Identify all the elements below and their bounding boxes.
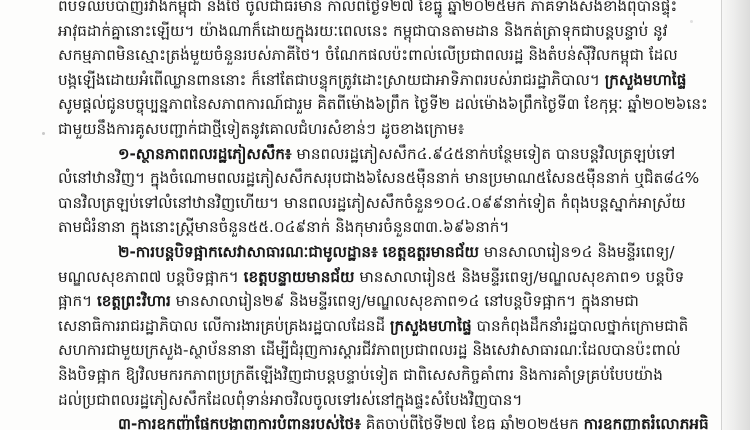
text-line: លំនៅឋានវិញ។ ក្នុងចំណោមពលរដ្ឋភៀសសឹកសរុបជា… xyxy=(58,166,708,191)
text-line: ដល់ប្រជាពលរដ្ឋភៀសសឹកដែលពុំទាន់អាចវិលចូលទ… xyxy=(58,388,708,413)
text-span: មានសាលារៀន៥ និងមន្ទីរពេទ្យ/មណ្ឌលសុខភាព១ … xyxy=(355,268,685,286)
section-1-heading: ១-ស្ថានភាពពលរដ្ឋភៀសសឹក៖ xyxy=(118,145,292,163)
document-body: ពីបទឈប់បាញ់រវាងកម្ពុជា និងថៃ ចូលជាធរមាន … xyxy=(58,0,708,430)
text-span: បង្កឡើងដោយអំពើឈ្លានពាននោះ ក៏នៅតែជាបន្ទុក… xyxy=(58,71,605,89)
text-span: មានពលរដ្ឋភៀសសឹក៤.៩៤៥នាក់បន្ថែមទៀត បានបន្… xyxy=(292,145,676,163)
section-1-first-line: ១-ស្ថានភាពពលរដ្ឋភៀសសឹក៖ មានពលរដ្ឋភៀសសឹក៤… xyxy=(58,142,708,167)
text-line: បានវិលត្រឡប់ទៅលំនៅឋានវិញហើយ។ មានពលរដ្ឋភៀ… xyxy=(58,191,708,216)
text-line: អាវុធដាក់គ្នានោះឡើយ។ យ៉ាងណាក៏ដោយក្នុងរយៈ… xyxy=(58,19,708,44)
scan-artifact xyxy=(42,132,45,135)
text-line: មណ្ឌលសុខភាព៧ បន្តបិទផ្អាក។ ខេត្តបន្ទាយមា… xyxy=(58,265,708,290)
section-3-first-line: ៣-ការឧកញ៉ាផ្នែកបង្ហាញការបំពានរបស់ថៃ៖ គិត… xyxy=(58,412,708,430)
text-line: សូមផ្តល់ជូនបច្ចុប្បន្នភាពនៃសភាពការណ៍ជារួ… xyxy=(58,92,708,117)
text-span: បានកំពុងដឹកនាំរដ្ឋបាលថ្នាក់ក្រោមជាតិ xyxy=(472,317,689,335)
province-oddar-meanchey: ខេត្តឧត្តរមានជ័យ xyxy=(383,243,479,261)
text-span: សេនាធិការរាជរដ្ឋាភិបាល លើការងារគ្រប់គ្រង… xyxy=(58,317,390,335)
text-span: គិតចាប់ពីថ្ងៃទី២៧ ខែធ្នូ ឆ្នាំ២០២៥មក xyxy=(361,415,584,430)
text-line: និងបិទផ្អាក ឱ្យវិលមករកភាពប្រក្រតីឡើងវិញជ… xyxy=(58,363,708,388)
text-line: បង្កឡើងដោយអំពើឈ្លានពាននោះ ក៏នៅតែជាបន្ទុក… xyxy=(58,68,708,93)
text-line: សកម្មភាពមិនស្មោះត្រង់មួយចំនួនរបស់ភាគីថៃ។… xyxy=(58,43,708,68)
text-line: ជាមួយនឹងការគូសបញ្ជាក់ជាថ្មីទៀតនូវគោលជំហរ… xyxy=(58,117,708,142)
section-2-first-line: ២-ការបន្តបិទផ្អាកសេវាសាធារណៈជាមូលដ្ឋាន៖ … xyxy=(58,240,708,265)
page-edge-shadow xyxy=(721,0,750,430)
province-preah-vihear: ខេត្តព្រះវិហារ xyxy=(97,292,171,310)
province-banteay-meanchey: ខេត្តបន្ទាយមានជ័យ xyxy=(244,268,355,286)
scanned-document-page: ពីបទឈប់បាញ់រវាងកម្ពុជា និងថៃ ចូលជាធរមាន … xyxy=(0,0,750,430)
section-2-heading: ២-ការបន្តបិទផ្អាកសេវាសាធារណៈជាមូលដ្ឋាន៖ xyxy=(118,243,378,261)
section-3-heading: ៣-ការឧកញ៉ាផ្នែកបង្ហាញការបំពានរបស់ថៃ៖ xyxy=(118,415,361,430)
text-line: ផ្អាក។ ខេត្តព្រះវិហារ មានសាលារៀន២៩ និងមន… xyxy=(58,289,708,314)
ministry-name: ក្រសួងមហាផ្ទៃ xyxy=(605,71,687,89)
text-line: សហការជាមួយក្រសួង-ស្ថាប័ននានា ដើម្បីជំរុញ… xyxy=(58,338,708,363)
ministry-name: ក្រសួងមហាផ្ទៃ xyxy=(390,317,472,335)
text-line: តាមជំរំនានា ក្នុងនោះស្ត្រីមានចំនួន៥៥.០៤៩… xyxy=(58,215,708,240)
text-span: មានសាលារៀន១៤ និងមន្ទីរពេទ្យ/ xyxy=(479,243,675,261)
text-span: មណ្ឌលសុខភាព៧ បន្តបិទផ្អាក។ xyxy=(58,268,244,286)
text-line: សេនាធិការរាជរដ្ឋាភិបាល លើការងារគ្រប់គ្រង… xyxy=(58,314,708,339)
text-span: ផ្អាក។ xyxy=(58,292,97,310)
text-line: ពីបទឈប់បាញ់រវាងកម្ពុជា និងថៃ ចូលជាធរមាន … xyxy=(58,0,708,19)
text-span-bold: ការឧកញ្ញាតរំលោភអធិប xyxy=(584,415,708,430)
text-span: មានសាលារៀន២៩ និងមន្ទីរពេទ្យ/មណ្ឌលសុខភាព១… xyxy=(171,292,639,310)
